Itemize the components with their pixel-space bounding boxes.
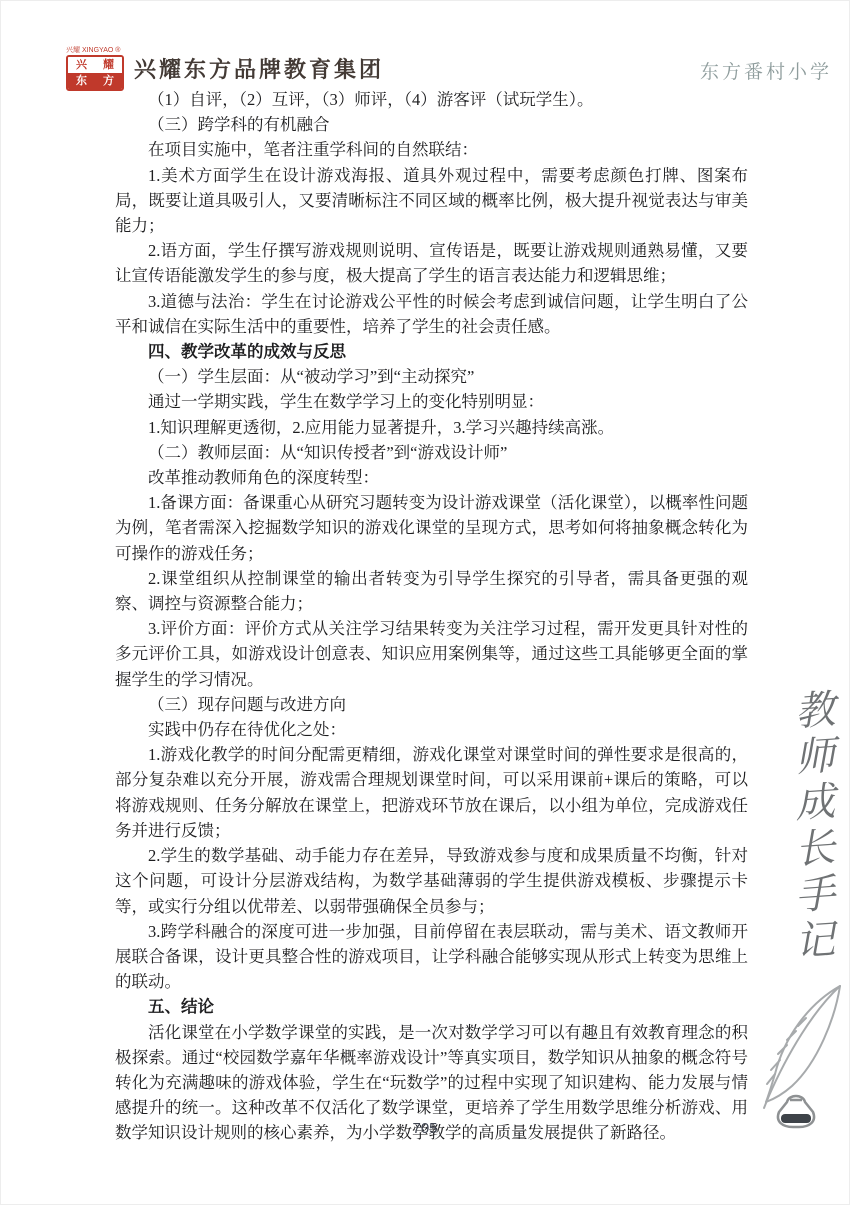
paragraph: 2.课堂组织从控制课堂的输出者转变为引导学生探究的引导者，需具备更强的观察、调控… bbox=[115, 566, 748, 616]
paragraph: 3.评价方面：评价方式从关注学习结果转变为关注学习过程，需开发更具针对性的多元评… bbox=[115, 616, 748, 692]
paragraph: 实践中仍存在待优化之处： bbox=[115, 717, 748, 742]
calligraphy-char: 师 bbox=[793, 733, 836, 782]
document-body: （1）自评，（2）互评，（3）师评，（4）游客评（试玩学生）。（三）跨学科的有机… bbox=[115, 87, 748, 1146]
paragraph: 改革推动教师角色的深度转型： bbox=[115, 465, 748, 490]
quill-icon bbox=[748, 982, 848, 1132]
header-group-title: 兴耀东方品牌教育集团 bbox=[134, 53, 384, 84]
paragraph: 2.学生的数学基础、动手能力存在差异，导致游戏参与度和成果质量不均衡，针对这个问… bbox=[115, 843, 748, 919]
brand-seal-icon: 兴耀东方 bbox=[66, 55, 124, 91]
paragraph: 1.游戏化教学的时间分配需更精细，游戏化课堂对课堂时间的弹性要求是很高的，部分复… bbox=[115, 742, 748, 843]
paragraph: （三）跨学科的有机融合 bbox=[115, 112, 748, 137]
paragraph: （二）教师层面：从“知识传授者”到“游戏设计师” bbox=[115, 440, 748, 465]
page-number: 705 bbox=[0, 1120, 850, 1137]
paragraph: （一）学生层面：从“被动学习”到“主动探究” bbox=[115, 364, 748, 389]
paragraph: 3.道德与法治：学生在讨论游戏公平性的时候会考虑到诚信问题，让学生明白了公平和诚… bbox=[115, 289, 748, 339]
paragraph: 1.知识理解更透彻，2.应用能力显著提升，3.学习兴趣持续高涨。 bbox=[115, 415, 748, 440]
brand-logo: 兴耀 XINGYAO ® 兴耀东方 bbox=[66, 46, 128, 91]
paragraph: 通过一学期实践，学生在数学学习上的变化特别明显： bbox=[115, 389, 748, 414]
header-school-name: 东方番村小学 bbox=[700, 57, 832, 84]
section-heading: 五、结论 bbox=[115, 994, 748, 1019]
paragraph: （三）现存问题与改进方向 bbox=[115, 692, 748, 717]
paragraph: 2.语方面，学生仔撰写游戏规则说明、宣传语是，既要让游戏规则通熟易懂，又要让宣传… bbox=[115, 238, 748, 288]
paragraph: （1）自评，（2）互评，（3）师评，（4）游客评（试玩学生）。 bbox=[115, 87, 748, 112]
calligraphy-char: 长 bbox=[793, 825, 836, 874]
paragraph: 3.跨学科融合的深度可进一步加强，目前停留在表层联动，需与美术、语文教师开展联合… bbox=[115, 919, 748, 995]
calligraphy-char: 教 bbox=[793, 687, 836, 736]
paragraph: 1.美术方面学生在设计游戏海报、道具外观过程中，需要考虑颜色打牌、图案布局，既要… bbox=[115, 163, 748, 239]
paragraph: 1.备课方面：备课重心从研究习题转变为设计游戏课堂（活化课堂），以概率性问题为例… bbox=[115, 490, 748, 566]
calligraphy-strip: 教师成长手记 bbox=[786, 688, 844, 964]
seal-char: 兴 bbox=[68, 57, 95, 73]
document-page: 兴耀 XINGYAO ® 兴耀东方 兴耀东方品牌教育集团 东方番村小学 （1）自… bbox=[0, 0, 850, 1205]
brand-small-text: 兴耀 XINGYAO ® bbox=[66, 46, 128, 55]
seal-char: 耀 bbox=[95, 57, 122, 73]
quill-ink-illustration bbox=[748, 982, 848, 1137]
calligraphy-char: 记 bbox=[793, 917, 836, 966]
calligraphy-char: 手 bbox=[793, 871, 836, 920]
section-heading: 四、教学改革的成效与反思 bbox=[115, 339, 748, 364]
paragraph: 在项目实施中，笔者注重学科间的自然联结： bbox=[115, 137, 748, 162]
seal-char: 东 bbox=[68, 73, 95, 89]
calligraphy-char: 成 bbox=[793, 779, 836, 828]
